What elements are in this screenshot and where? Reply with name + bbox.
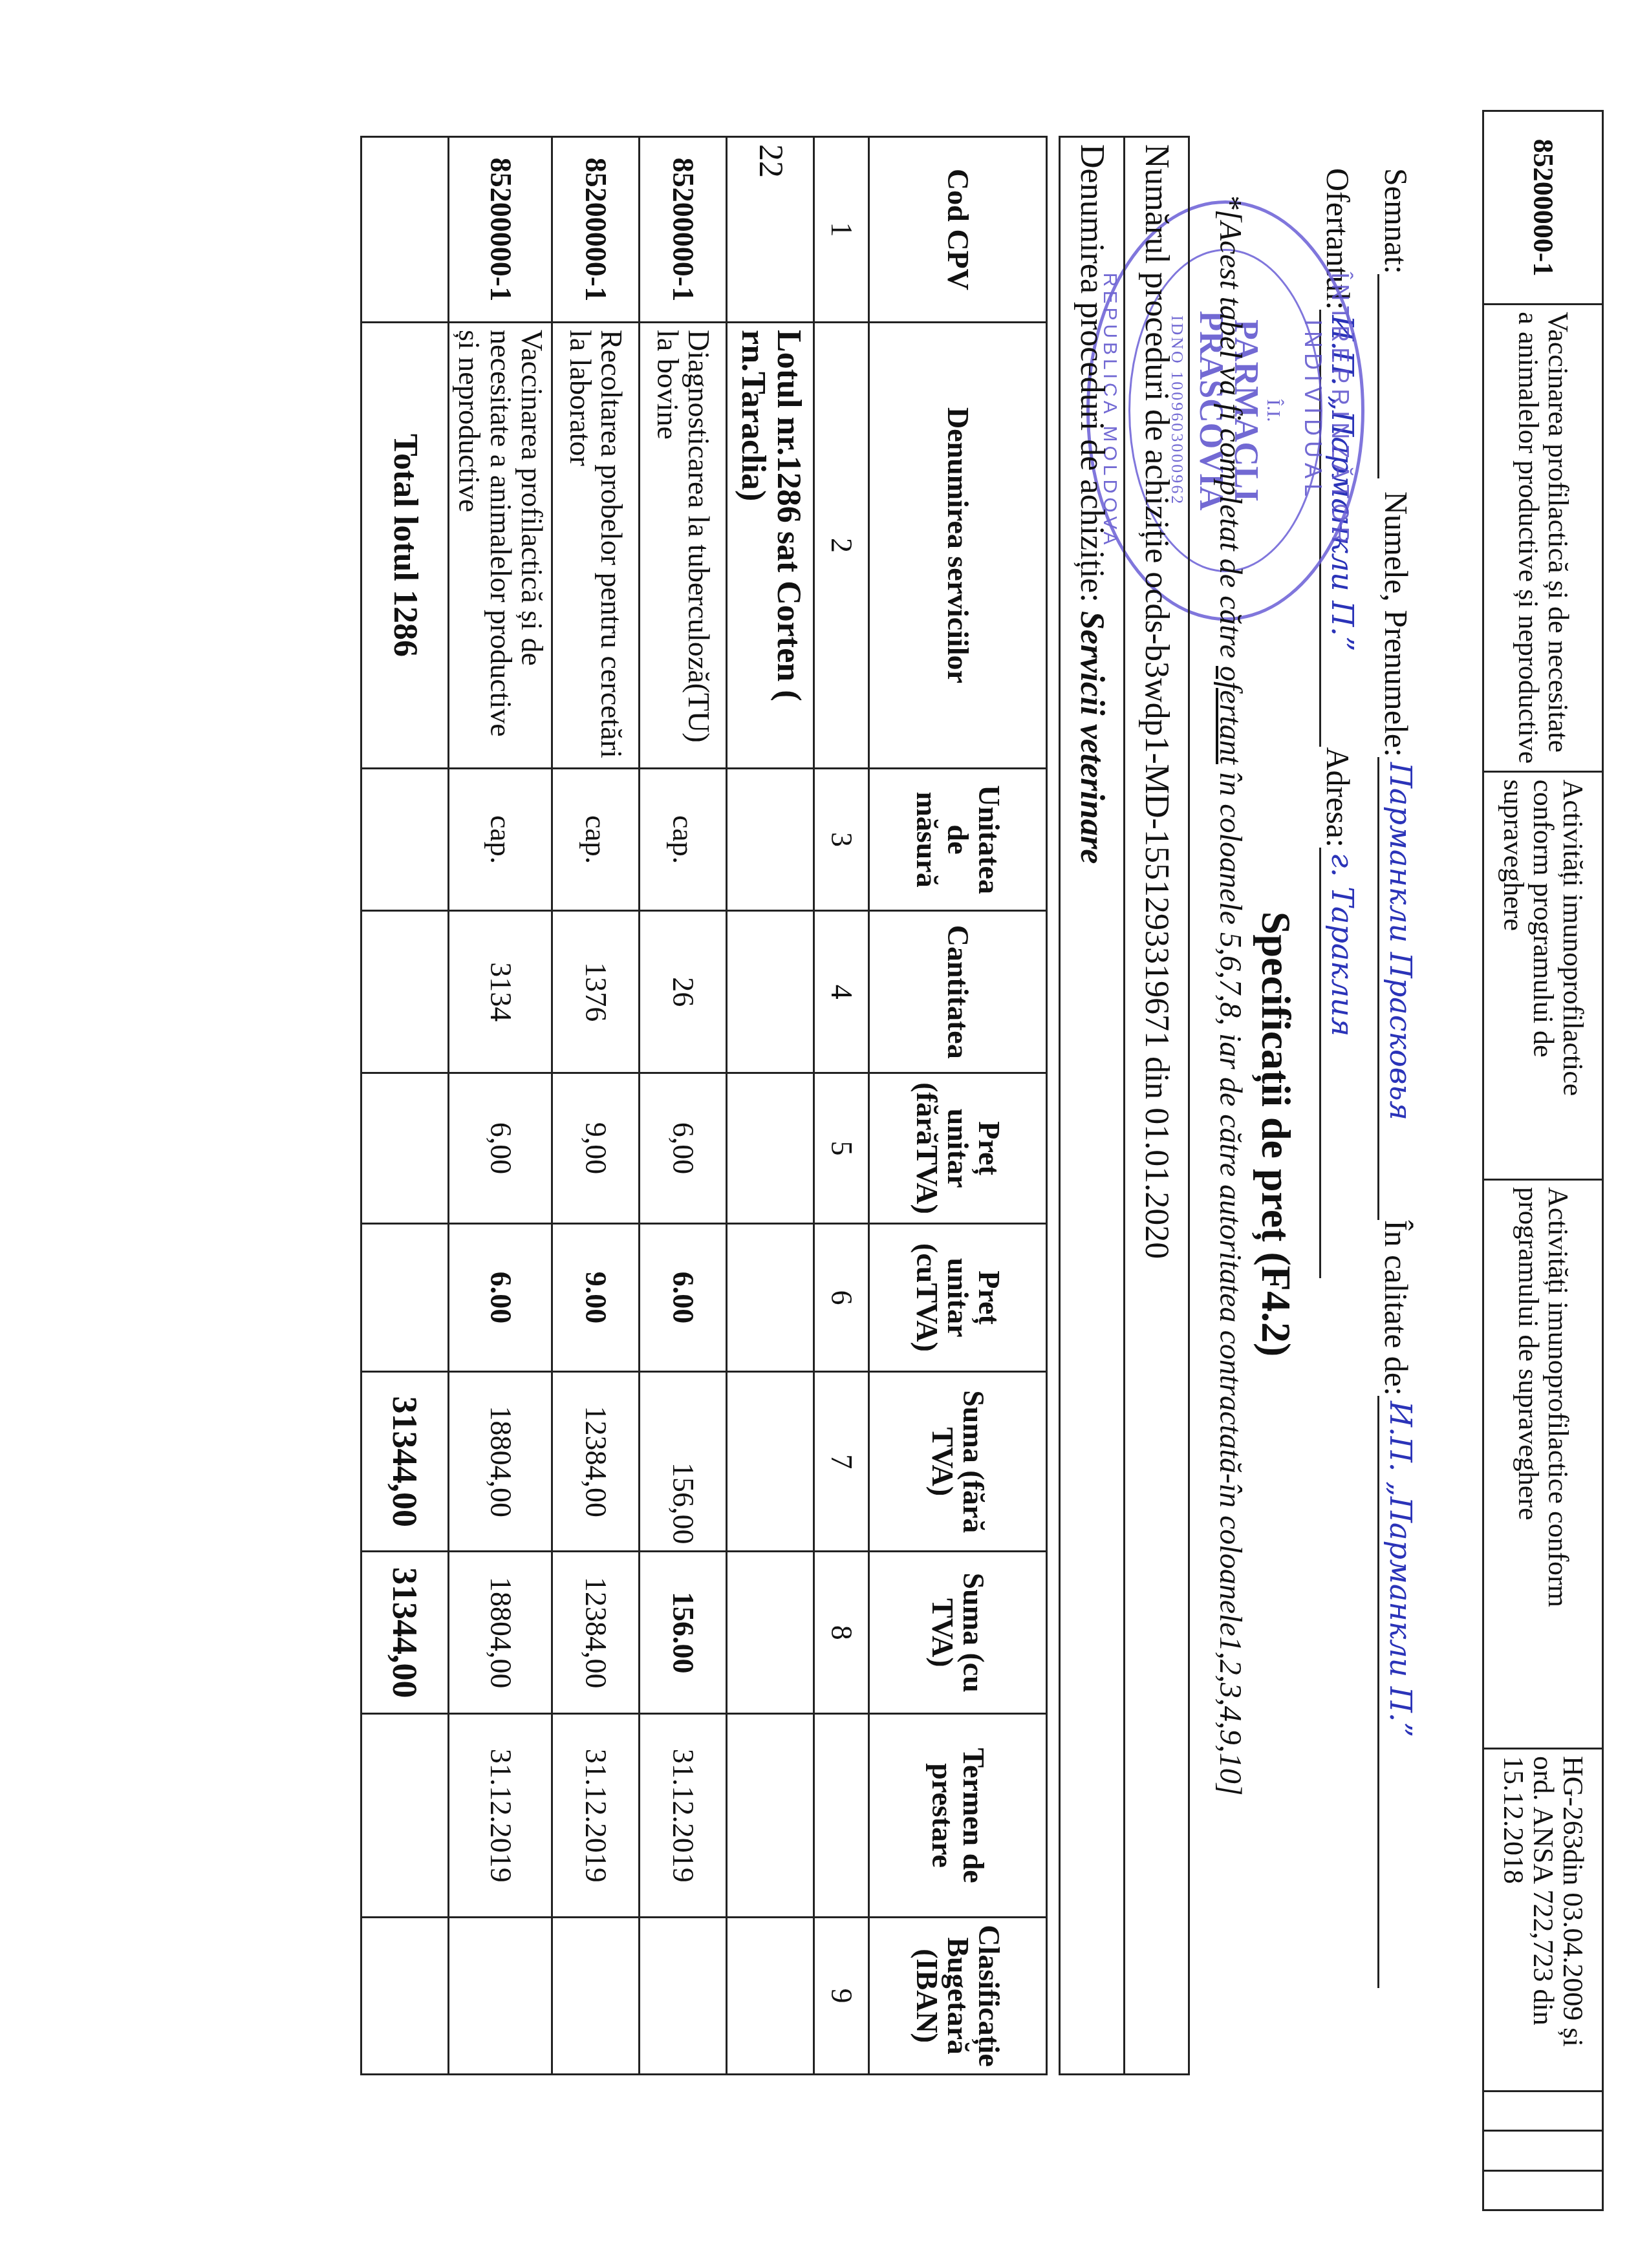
quality-label: În calitate de:: [1377, 1220, 1415, 1396]
quality-field[interactable]: И.П. „Парманкли П.”: [1377, 1396, 1418, 1988]
address-field[interactable]: г. Тараклия: [1319, 848, 1360, 1278]
lot-row: 22 Lotul nr.1286 sat Corten ( rn.Taracli…: [727, 137, 814, 2075]
page-title: Specificații de preț (F4.2): [1252, 0, 1300, 2268]
procedure-name: Denumirea proceduri de achiziție: Servic…: [1060, 137, 1125, 2075]
table-row: 85200000-1 Diagnosticarea la tuberculoză…: [640, 137, 727, 2075]
activity-description-2: Activități imunoprofilactice conform pro…: [1483, 1179, 1603, 1748]
table-row: 85200000-1 Vaccinarea profilactică și de…: [449, 137, 552, 2075]
procedure-info-table: Numărul proceduri de achiziție ocds-b3wd…: [1059, 136, 1190, 2075]
semnat-label: Semnat:: [1377, 168, 1415, 274]
signature-line: Semnat: Numele, Prenumele: Парманкли Пра…: [1377, 168, 1436, 2172]
legal-basis: HG-263din 03.04.2009 și ord. ANSA 722,72…: [1483, 1748, 1603, 2091]
previous-page-table-fragment: 85200000-1 Vaccinarea profilactică și de…: [1482, 110, 1604, 2211]
table-row: 85200000-1 Recoltarea probelor pentru ce…: [552, 137, 640, 2075]
total-row: Total lotul 1286 31344,00 31344,00: [361, 137, 449, 2075]
price-specification-table: Cod CPV Denumirea serviciilor Unitatea d…: [360, 136, 1048, 2075]
activity-description: Activități imunoprofilactice conform pro…: [1483, 772, 1603, 1180]
column-number-row: 1 2 3 4 5 6 7 8 9: [814, 137, 869, 2075]
address-label: Adresa:: [1319, 747, 1357, 848]
instruction-note: *[Acest tabel va fi completat de către o…: [1212, 194, 1248, 1795]
name-label: Numele, Prenumele:: [1377, 491, 1415, 757]
table-row: 85200000-1 Vaccinarea profilactică și de…: [1483, 111, 1603, 2210]
cpv-code: 85200000-1: [1483, 111, 1603, 305]
signature-field[interactable]: [1377, 274, 1418, 478]
procedure-number: Numărul proceduri de achiziție ocds-b3wd…: [1125, 137, 1189, 2075]
service-name: Vaccinarea profilactică și de necesitate…: [1483, 305, 1603, 772]
table-header: Cod CPV Denumirea serviciilor Unitatea d…: [869, 137, 1047, 2075]
name-field[interactable]: Парманкли Прасковья: [1377, 757, 1418, 1220]
document-page: 85200000-1 Vaccinarea profilactică și de…: [0, 0, 1649, 2268]
